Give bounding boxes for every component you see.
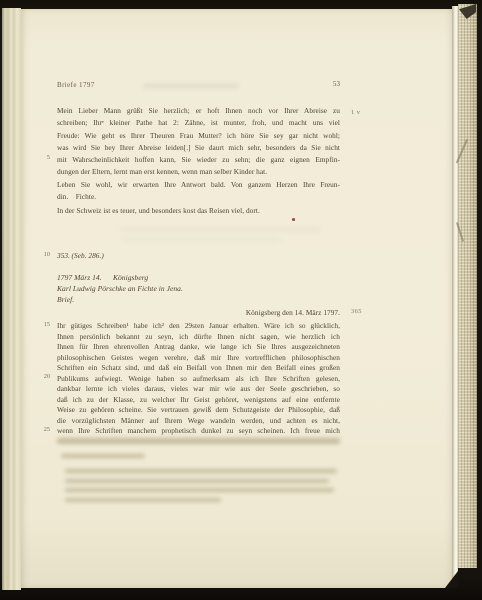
folio-margin-note: 1 v bbox=[351, 109, 360, 116]
line-number-10: 10 bbox=[34, 251, 50, 258]
body-line: Mein Lieber Mann grüßt Sie herzlich; er … bbox=[57, 105, 340, 117]
blurred-footnote-line bbox=[65, 479, 329, 483]
body-line: daß ich zu der Klasse, zu welcher Ihr Ge… bbox=[57, 395, 340, 406]
running-header: Briefe 1797 bbox=[57, 81, 95, 89]
body-line: Ihnen für Ihren ehrenvollen Antrag danke… bbox=[57, 342, 340, 353]
body-line: Schriften ein Schatz sind, und daß ein B… bbox=[57, 363, 340, 374]
blurred-footnote-line bbox=[65, 498, 221, 502]
body-line: mit Wahrscheinlichkeit hoffen kann, Sie … bbox=[57, 154, 340, 166]
manuscript-page-margin-note: 365 bbox=[351, 308, 362, 315]
body-line: Ihnen persönlich bekannt zu seyn, ich dü… bbox=[57, 332, 340, 343]
body-line: schreiben; Ihrᵉ kleiner Pathe hat 2: Zäh… bbox=[57, 117, 340, 129]
blurred-body-line bbox=[57, 438, 340, 444]
book-page: Briefe 1797 53 1 v 365 5 10 15 20 25 Mei… bbox=[21, 9, 456, 588]
letter-number-heading: 353. (Seb. 286.) bbox=[57, 251, 340, 260]
letter1-postscript: In der Schweiz ist es teuer, und besonde… bbox=[57, 206, 340, 215]
page-edges-left bbox=[2, 8, 21, 590]
bleedthrough-ghost bbox=[121, 227, 321, 232]
body-line: wenn Ihre Schriften manchem prophetisch … bbox=[57, 426, 340, 437]
bleedthrough-ghost bbox=[121, 237, 281, 242]
blurred-footnote-line bbox=[65, 488, 334, 492]
line-number-5: 5 bbox=[34, 154, 50, 161]
line-number-25: 25 bbox=[34, 426, 50, 433]
body-line: Weise zu gehören scheine. Sie vertrauen … bbox=[57, 405, 340, 416]
header-ghost-smudge bbox=[143, 83, 239, 89]
body-line: Publikums aufwiegt. Wenige haben so aufm… bbox=[57, 374, 340, 385]
body-line: Freude: Wie geht es Ihrer Theuren Frau M… bbox=[57, 130, 340, 142]
body-line: was wird Sie bey Ihrer Abreise leiden[.]… bbox=[57, 142, 340, 154]
letter-meta-date-place: 1797 März 14. Königsberg bbox=[57, 273, 340, 282]
body-line: din. Fichte. bbox=[57, 191, 340, 203]
cloth-binding-edge bbox=[458, 4, 477, 568]
body-line: Leben Sie wohl, wir erwarten Ihre Antwor… bbox=[57, 179, 340, 191]
book-scan: Briefe 1797 53 1 v 365 5 10 15 20 25 Mei… bbox=[0, 0, 482, 600]
letter2-dateline: Königsberg den 14. März 1797. bbox=[57, 308, 340, 317]
letter2-body: Ihr gütiges Schreiben¹ habe ich² den 29s… bbox=[57, 321, 340, 437]
body-line: philosophischen Geistes wegen verehre, d… bbox=[57, 353, 340, 364]
body-line: dankbar lernte ich vieles daraus, vieles… bbox=[57, 384, 340, 395]
page-number: 53 bbox=[300, 80, 340, 88]
letter1-body: Mein Lieber Mann grüßt Sie herzlich; er … bbox=[57, 105, 340, 203]
blurred-footnote-line bbox=[65, 469, 337, 473]
line-number-15: 15 bbox=[34, 321, 50, 328]
body-line: dungen der Eltern, lernt man erst kennen… bbox=[57, 166, 340, 178]
letter-meta-parties: Karl Ludwig Pörschke an Fichte in Jena. bbox=[57, 284, 340, 293]
red-ink-speck bbox=[292, 218, 295, 221]
line-number-20: 20 bbox=[34, 373, 50, 380]
blurred-apparatus-line bbox=[61, 454, 145, 458]
body-line: die vorzüglichsten Männer auf Ihrem Wege… bbox=[57, 416, 340, 427]
body-line: Ihr gütiges Schreiben¹ habe ich² den 29s… bbox=[57, 321, 340, 332]
letter-meta-type: Brief. bbox=[57, 295, 340, 304]
